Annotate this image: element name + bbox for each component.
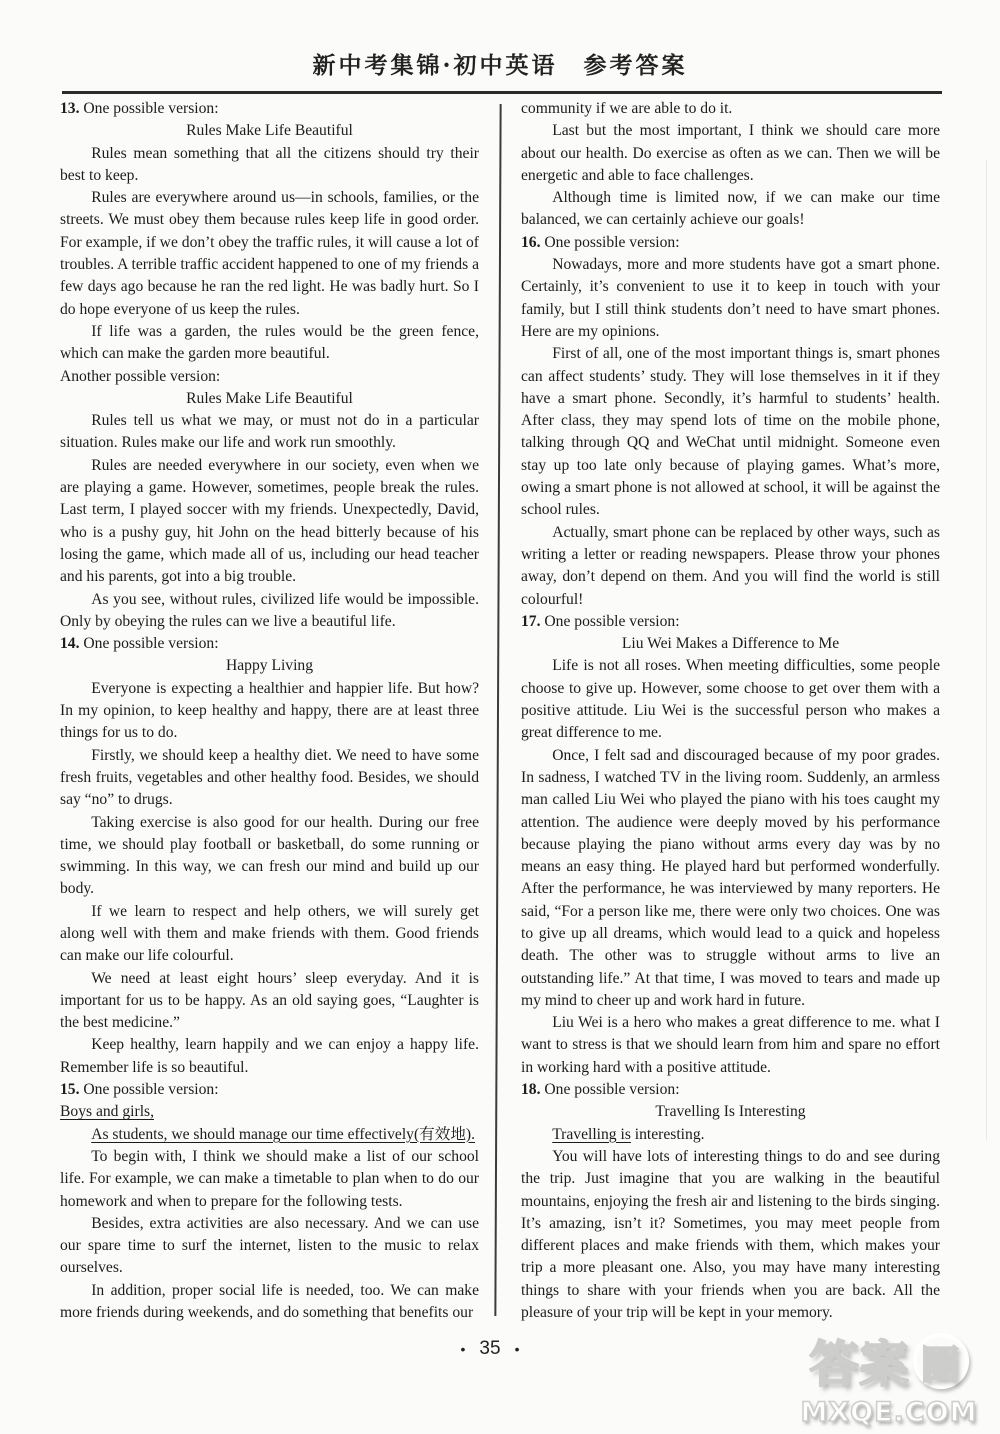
essay-paragraph: Besides, extra activities are also neces… [60, 1213, 479, 1280]
watermark: 答案圈 MXQE.COM [784, 1326, 994, 1428]
essay-paragraph: Everyone is expecting a healthier and ha… [60, 678, 479, 745]
item-number: 18. [521, 1081, 541, 1098]
essay-paragraph: As you see, without rules, civilized lif… [60, 589, 479, 634]
continued-paragraph: community if we are able to do it. [521, 98, 940, 120]
header-rule [62, 91, 942, 94]
page-title: 新中考集锦·初中英语 参考答案 [60, 47, 940, 80]
column-divider [494, 104, 501, 1316]
essay-paragraph: To begin with, I think we should make a … [60, 1146, 479, 1213]
essay-title: Happy Living [60, 655, 479, 677]
essay-paragraph: Rules mean something that all the citize… [60, 143, 479, 188]
essay-paragraph: Nowadays, more and more students have go… [521, 254, 940, 343]
essay-paragraph: Firstly, we should keep a healthy diet. … [60, 745, 479, 812]
underlined-line: Boys and girls, [60, 1101, 479, 1123]
essay-paragraph: Rules are needed everywhere in our socie… [60, 455, 479, 589]
essay-paragraph: If we learn to respect and help others, … [60, 901, 479, 968]
essay-paragraph: Last but the most important, I think we … [521, 120, 940, 187]
essay-title: Liu Wei Makes a Difference to Me [521, 633, 940, 655]
essay-paragraph: Actually, smart phone can be replaced by… [521, 522, 940, 611]
essay-paragraph: We need at least eight hours’ sleep ever… [60, 968, 479, 1035]
essay-paragraph: Liu Wei is a hero who makes a great diff… [521, 1012, 940, 1079]
essay-paragraph: If life was a garden, the rules would be… [60, 321, 479, 366]
footer-dot-right: • [501, 1341, 534, 1357]
footer-dot-left: • [447, 1341, 480, 1357]
essay-paragraph: Keep healthy, learn happily and we can e… [60, 1034, 479, 1079]
essay-paragraph: Taking exercise is also good for our hea… [60, 812, 479, 901]
essay-paragraph: Rules tell us what we may, or must not d… [60, 410, 479, 455]
left-column: 13. One possible version:Rules Make Life… [60, 98, 479, 1324]
item-number: 16. [521, 234, 541, 251]
section-label: 16. One possible version: [521, 232, 940, 254]
essay-paragraph: First of all, one of the most important … [521, 343, 940, 521]
right-column: community if we are able to do it.Last b… [521, 98, 940, 1324]
essay-paragraph: Rules are everywhere around us—in school… [60, 187, 479, 321]
underlined-text: Travelling is [552, 1126, 631, 1143]
item-number: 14. [60, 635, 80, 652]
item-number: 13. [60, 100, 80, 117]
item-number: 15. [60, 1081, 80, 1098]
watermark-logo: 答案圈 [784, 1326, 994, 1396]
essay-paragraph: Once, I felt sad and discouraged because… [521, 745, 940, 1013]
section-label: 13. One possible version: [60, 98, 479, 120]
watermark-circle-char: 圈 [913, 1333, 969, 1389]
watermark-url: MXQE.COM [784, 1397, 994, 1428]
section-label: 17. One possible version: [521, 611, 940, 633]
essay-paragraph: In addition, proper social life is neede… [60, 1280, 479, 1325]
underlined-paragraph: As students, we should manage our time e… [60, 1124, 479, 1146]
essay-title: Travelling Is Interesting [521, 1101, 940, 1123]
section-label: 14. One possible version: [60, 633, 479, 655]
partially-underlined-line: Travelling is interesting. [521, 1124, 940, 1146]
essay-title: Rules Make Life Beautiful [60, 120, 479, 142]
scan-edge-line [986, 160, 987, 1140]
essay-title: Rules Make Life Beautiful [60, 388, 479, 410]
watermark-text-cn: 答案 [809, 1326, 909, 1396]
essay-paragraph: You will have lots of interesting things… [521, 1146, 940, 1324]
section-label: 15. One possible version: [60, 1079, 479, 1101]
page-number: 35 [479, 1338, 500, 1359]
essay-paragraph: Although time is limited now, if we can … [521, 187, 940, 232]
section-label: 18. One possible version: [521, 1079, 940, 1101]
text-line: Another possible version: [60, 366, 479, 388]
item-number: 17. [521, 613, 541, 630]
essay-paragraph: Life is not all roses. When meeting diff… [521, 655, 940, 744]
